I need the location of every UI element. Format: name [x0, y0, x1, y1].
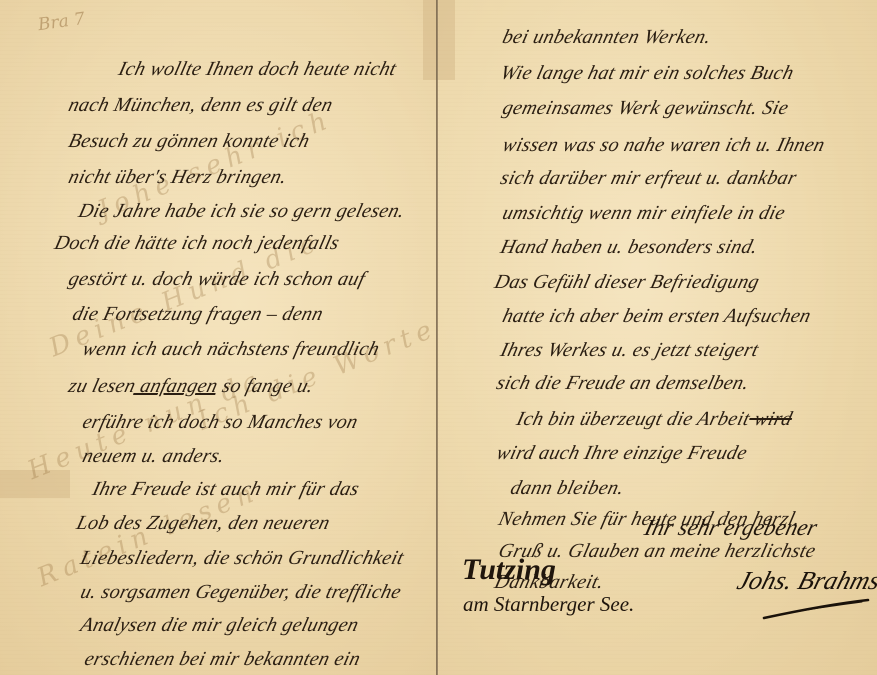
signature: Johs. Brahms [734, 566, 877, 596]
left-line: u. sorgsamen Gegenüber, die treffliche [78, 581, 404, 604]
right-line: umsichtig wenn mir einfiele in die [500, 202, 788, 225]
right-line: sich darüber mir erfreut u. dankbar [498, 167, 799, 190]
tape-residue [423, 0, 455, 80]
left-line: erschienen bei mir bekannten ein [82, 648, 363, 671]
letter-spread: Bra 7 Johe sehr ichDeine Hund dieHeute n… [0, 0, 877, 675]
left-line: nach München, denn es gilt den [66, 94, 335, 117]
right-line: wissen was so nahe waren ich u. Ihnen [500, 134, 827, 157]
right-line: sich die Freude an demselben. [494, 372, 752, 395]
right-line: wird auch Ihre einzige Freude [494, 442, 750, 465]
left-line: erführe ich doch so Manches von [80, 411, 360, 434]
tape-residue-left [0, 470, 70, 498]
left-line: Analysen die mir gleich gelungen [78, 614, 361, 637]
left-line: nicht über's Herz bringen. [66, 166, 289, 189]
place-city: Tutzing [462, 553, 556, 587]
right-line: Das Gefühl dieser Befriedigung [492, 271, 762, 294]
right-line: Ich bin überzeugt die Arbeit wird [514, 408, 795, 431]
left-line: die Fortsetzung fragen – denn [70, 303, 326, 326]
left-line: Besuch zu gönnen konnte ich [66, 130, 312, 153]
right-line: gemeinsames Werk gewünscht. Sie [500, 97, 791, 120]
left-line: wenn ich auch nächstens freundlich [80, 338, 382, 361]
left-line: Lob des Zugehen, den neueren [74, 512, 332, 535]
right-line: bei unbekannten Werken. [500, 26, 714, 49]
left-line: zu lesen anfangen so fange u. [66, 375, 316, 398]
center-fold-line [436, 0, 438, 675]
left-line: Doch die hätte ich noch jedenfalls [52, 232, 342, 255]
right-line: Ihres Werkes u. es jetzt steigert [498, 339, 761, 362]
underlined-word: anfangen [133, 375, 221, 397]
left-line: Liebesliedern, die schön Grundlichkeit [78, 547, 406, 570]
place-lake: am Starnberger See. [463, 592, 634, 617]
valediction: Ihr sehr ergebener [642, 515, 820, 541]
left-line: neuem u. anders. [80, 445, 227, 468]
right-line: dann bleiben. [508, 477, 627, 500]
right-line: Wie lange hat mir ein solches Buch [498, 62, 796, 85]
right-line: Hand haben u. besonders sind. [498, 236, 760, 259]
left-line: Die Jahre habe ich sie so gern gelesen. [76, 200, 407, 223]
signature-flourish-icon [762, 598, 870, 620]
right-line: hatte ich aber beim ersten Aufsuchen [500, 305, 813, 328]
struck-word: wird [747, 408, 795, 430]
left-line: Ich wollte Ihnen doch heute nicht [116, 58, 399, 81]
left-line: gestört u. doch würde ich schon auf [66, 268, 368, 291]
left-line: Ihre Freude ist auch mir für das [90, 478, 362, 501]
